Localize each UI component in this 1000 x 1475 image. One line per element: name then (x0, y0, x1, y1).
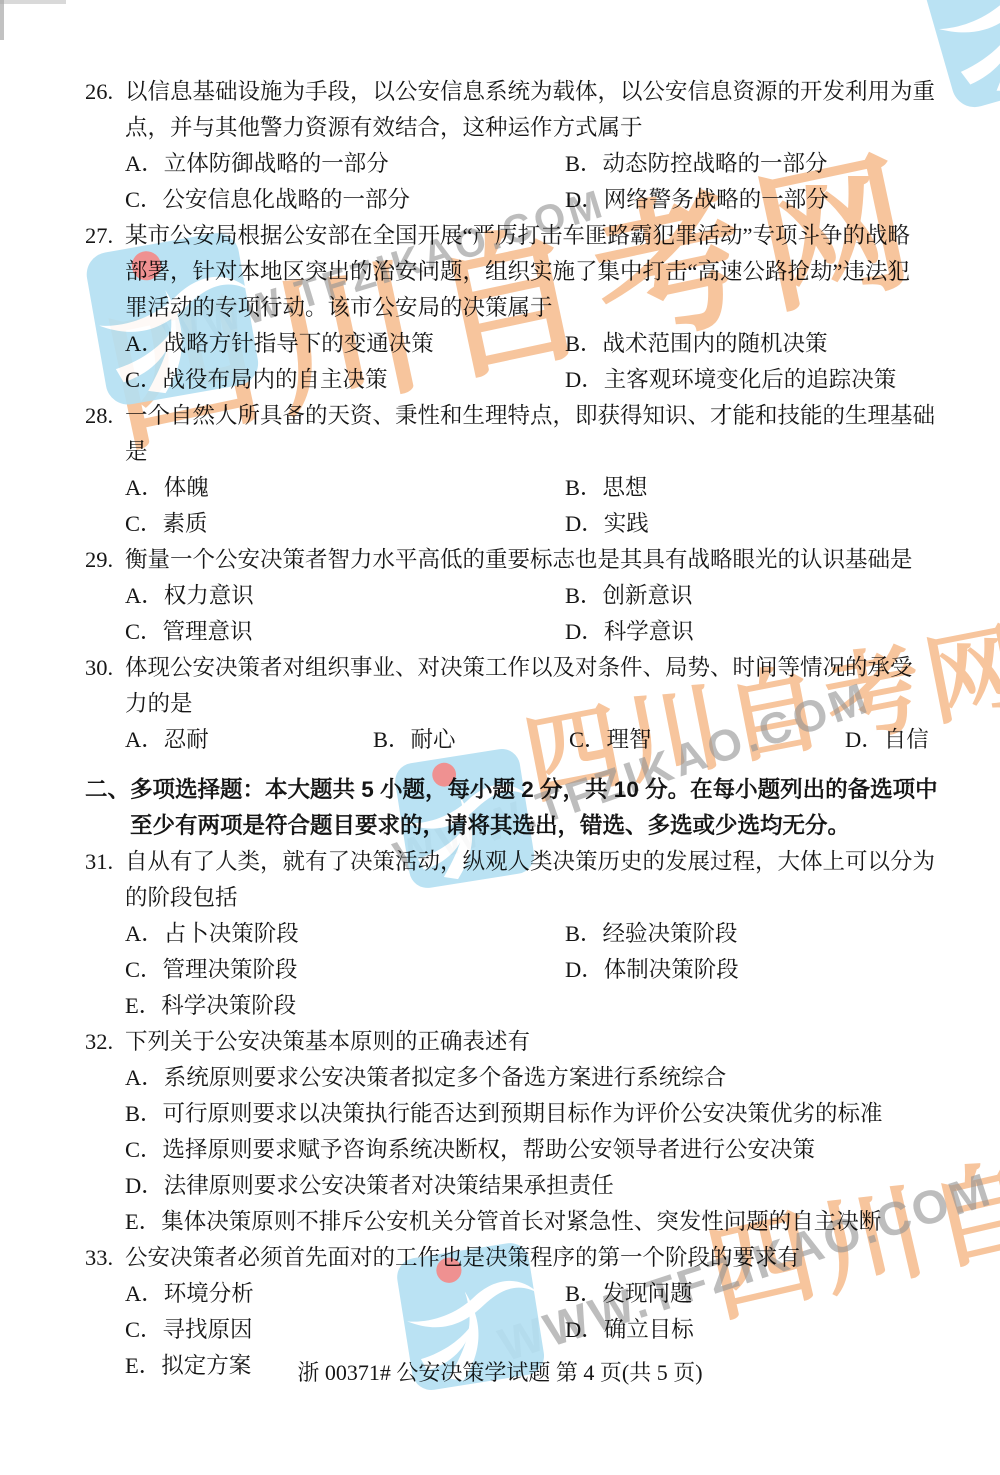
option: B．动态防控战略的一部分 (565, 146, 948, 182)
option: C．理智 (569, 722, 845, 758)
question: 28.一个自然人所具备的天资、秉性和生理特点，即获得知识、才能和技能的生理基础是… (85, 398, 948, 542)
question-number: 29. (85, 542, 125, 650)
option: B．耐心 (373, 722, 569, 758)
options: A．立体防御战略的一部分B．动态防控战略的一部分C．公安信息化战略的一部分D．网… (125, 146, 948, 218)
options: A．忍耐B．耐心C．理智D．自信 (125, 722, 948, 758)
option: C．管理决策阶段 (125, 952, 565, 988)
question-body: 一个自然人所具备的天资、秉性和生理特点，即获得知识、才能和技能的生理基础是A．体… (125, 398, 948, 542)
question-body: 自从有了人类，就有了决策活动，纵观人类决策历史的发展过程，大体上可以分为 的阶段… (125, 844, 948, 1024)
options: A．体魄B．思想C．素质D．实践 (125, 470, 948, 542)
option: B．可行原则要求以决策执行能否达到预期目标作为评价公安决策优劣的标准 (125, 1096, 948, 1132)
option: D．法律原则要求公安决策者对决策结果承担责任 (125, 1168, 948, 1204)
question: 32.下列关于公安决策基本原则的正确表述有A．系统原则要求公安决策者拟定多个备选… (85, 1024, 948, 1240)
option: D．实践 (565, 506, 948, 542)
question: 29.衡量一个公安决策者智力水平高低的重要标志也是其具有战略眼光的认识基础是A．… (85, 542, 948, 650)
scan-artifact-left-edge (0, 0, 4, 40)
option: D．主客观环境变化后的追踪决策 (565, 362, 948, 398)
page-footer: 浙 00371# 公安决策学试题 第 4 页(共 5 页) (0, 1356, 1000, 1387)
option: C．寻找原因 (125, 1312, 565, 1348)
option: E．科学决策阶段 (125, 988, 565, 1024)
question-number: 32. (85, 1024, 125, 1240)
question-body: 某市公安局根据公安部在全国开展“严厉打击车匪路霸犯罪活动”专项斗争的战略 部署，… (125, 218, 948, 398)
question-body: 衡量一个公安决策者智力水平高低的重要标志也是其具有战略眼光的认识基础是A．权力意… (125, 542, 948, 650)
options: A．系统原则要求公安决策者拟定多个备选方案进行系统综合B．可行原则要求以决策执行… (125, 1060, 948, 1240)
question: 26.以信息基础设施为手段，以公安信息系统为载体，以公安信息资源的开发利用为重 … (85, 74, 948, 218)
option: A．忍耐 (125, 722, 373, 758)
option: C．战役布局内的自主决策 (125, 362, 565, 398)
question-stem: 下列关于公安决策基本原则的正确表述有 (125, 1024, 948, 1060)
option: D．网络警务战略的一部分 (565, 182, 948, 218)
option: D．体制决策阶段 (565, 952, 948, 988)
question-number: 28. (85, 398, 125, 542)
option: B．战术范围内的随机决策 (565, 326, 948, 362)
options: A．战略方针指导下的变通决策B．战术范围内的随机决策C．战役布局内的自主决策D．… (125, 326, 948, 398)
option: C．公安信息化战略的一部分 (125, 182, 565, 218)
section-heading-text: 多项选择题：本大题共 5 小题，每小题 2 分，共 10 分。在每小题列出的备选… (130, 772, 948, 844)
option: A．系统原则要求公安决策者拟定多个备选方案进行系统综合 (125, 1060, 948, 1096)
question-stem: 公安决策者必须首先面对的工作也是决策程序的第一个阶段的要求有 (125, 1240, 948, 1276)
option: A．权力意识 (125, 578, 565, 614)
option: A．体魄 (125, 470, 565, 506)
question-body: 下列关于公安决策基本原则的正确表述有A．系统原则要求公安决策者拟定多个备选方案进… (125, 1024, 948, 1240)
option: C．素质 (125, 506, 565, 542)
question: 27.某市公安局根据公安部在全国开展“严厉打击车匪路霸犯罪活动”专项斗争的战略 … (85, 218, 948, 398)
question-stem: 以信息基础设施为手段，以公安信息系统为载体，以公安信息资源的开发利用为重 点，并… (125, 74, 948, 146)
section-number: 二、 (85, 772, 130, 844)
options: A．占卜决策阶段B．经验决策阶段C．管理决策阶段D．体制决策阶段E．科学决策阶段 (125, 916, 948, 1024)
question: 30.体现公安决策者对组织事业、对决策工作以及对条件、局势、时间等情况的承受 力… (85, 650, 948, 758)
option: A．立体防御战略的一部分 (125, 146, 565, 182)
option: B．创新意识 (565, 578, 948, 614)
question-body: 体现公安决策者对组织事业、对决策工作以及对条件、局势、时间等情况的承受 力的是A… (125, 650, 948, 758)
option: B．经验决策阶段 (565, 916, 948, 952)
option: B．发现问题 (565, 1276, 948, 1312)
option: A．战略方针指导下的变通决策 (125, 326, 565, 362)
option: D．科学意识 (565, 614, 948, 650)
section-heading: 二、多项选择题：本大题共 5 小题，每小题 2 分，共 10 分。在每小题列出的… (85, 772, 948, 844)
question-number: 31. (85, 844, 125, 1024)
question-list: 26.以信息基础设施为手段，以公安信息系统为载体，以公安信息资源的开发利用为重 … (0, 74, 1000, 1384)
scan-artifact-top-edge (0, 0, 66, 4)
option: C．管理意识 (125, 614, 565, 650)
question-number: 30. (85, 650, 125, 758)
question-stem: 体现公安决策者对组织事业、对决策工作以及对条件、局势、时间等情况的承受 力的是 (125, 650, 948, 722)
options: A．权力意识B．创新意识C．管理意识D．科学意识 (125, 578, 948, 650)
option: E．集体决策原则不排斥公安机关分管首长对紧急性、突发性问题的自主决断 (125, 1204, 948, 1240)
option: C．选择原则要求赋予咨询系统决断权，帮助公安领导者进行公安决策 (125, 1132, 948, 1168)
question-number: 27. (85, 218, 125, 398)
exam-page: { "footer": "浙 00371# 公安决策学试题 第 4 页(共 5 … (0, 0, 1000, 1475)
question-number: 26. (85, 74, 125, 218)
option: D．确立目标 (565, 1312, 948, 1348)
option: A．环境分析 (125, 1276, 565, 1312)
option: D．自信 (845, 722, 948, 758)
question-stem: 某市公安局根据公安部在全国开展“严厉打击车匪路霸犯罪活动”专项斗争的战略 部署，… (125, 218, 948, 326)
question-stem: 一个自然人所具备的天资、秉性和生理特点，即获得知识、才能和技能的生理基础是 (125, 398, 948, 470)
question-body: 以信息基础设施为手段，以公安信息系统为载体，以公安信息资源的开发利用为重 点，并… (125, 74, 948, 218)
option: A．占卜决策阶段 (125, 916, 565, 952)
question-stem: 衡量一个公安决策者智力水平高低的重要标志也是其具有战略眼光的认识基础是 (125, 542, 948, 578)
question-stem: 自从有了人类，就有了决策活动，纵观人类决策历史的发展过程，大体上可以分为 的阶段… (125, 844, 948, 916)
question: 31.自从有了人类，就有了决策活动，纵观人类决策历史的发展过程，大体上可以分为 … (85, 844, 948, 1024)
option: B．思想 (565, 470, 948, 506)
